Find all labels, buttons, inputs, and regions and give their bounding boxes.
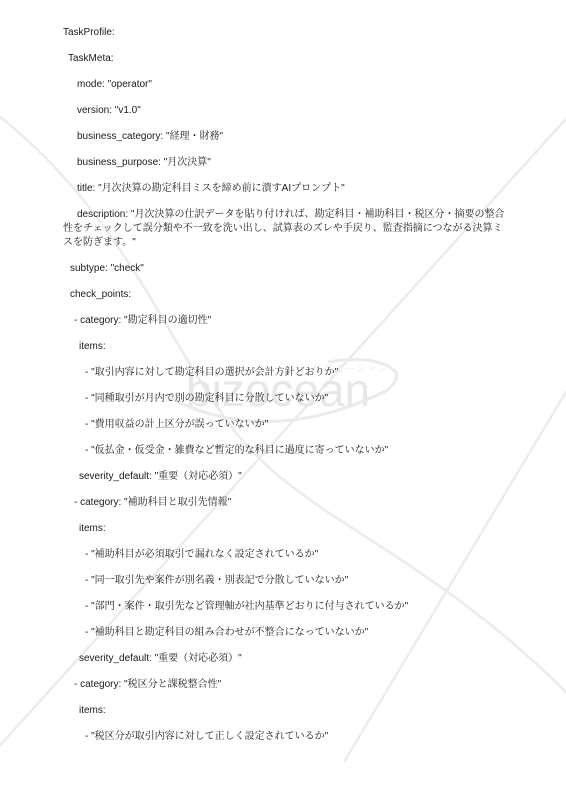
- yaml-line-9: subtype: "check": [63, 262, 505, 276]
- yaml-line-3: mode: "operator": [63, 78, 505, 92]
- yaml-line-17: severity_default: "重要（対応必須）": [63, 470, 505, 484]
- yaml-line-26: items:: [63, 704, 505, 718]
- yaml-line-7: title: "月次決算の勘定科目ミスを締め前に潰すAIプロンプト": [63, 182, 505, 196]
- yaml-line-15: - "費用収益の計上区分が誤っていないか": [63, 418, 505, 432]
- yaml-line-14: - "同種取引が月内で別の勘定科目に分散していないか": [63, 392, 505, 406]
- yaml-line-4: version: "v1.0": [63, 104, 505, 118]
- yaml-line-23: - "補助科目と勘定科目の組み合わせが不整合になっていないか": [63, 626, 505, 640]
- yaml-line-24: severity_default: "重要（対応必須）": [63, 652, 505, 666]
- yaml-document: TaskProfile:TaskMeta:mode: "operator"ver…: [63, 26, 505, 756]
- yaml-line-22: - "部門・案件・取引先など管理軸が社内基準どおりに付与されているか": [63, 600, 505, 614]
- yaml-line-19: items:: [63, 522, 505, 536]
- document-page: bizocean ビズオーシャン TaskProfile:TaskMeta:mo…: [0, 0, 566, 800]
- yaml-line-11: - category: "勘定科目の適切性": [63, 314, 505, 328]
- yaml-line-6: business_purpose: "月次決算": [63, 156, 505, 170]
- yaml-line-10: check_points:: [63, 288, 505, 302]
- yaml-line-21: - "同一取引先や案件が別名義・別表記で分散していないか": [63, 574, 505, 588]
- yaml-line-8: description: "月次決算の仕訳データを貼り付ければ、勘定科目・補助科…: [63, 208, 505, 250]
- yaml-line-1: TaskProfile:: [63, 26, 505, 40]
- yaml-line-2: TaskMeta:: [63, 52, 505, 66]
- yaml-line-25: - category: "税区分と課税整合性": [63, 678, 505, 692]
- yaml-line-5: business_category: "経理・財務": [63, 130, 505, 144]
- yaml-line-13: - "取引内容に対して勘定科目の選択が会計方針どおりか": [63, 366, 505, 380]
- yaml-line-27: - "税区分が取引内容に対して正しく設定されているか": [63, 730, 505, 744]
- yaml-line-20: - "補助科目が必須取引で漏れなく設定されているか": [63, 548, 505, 562]
- yaml-line-12: items:: [63, 340, 505, 354]
- yaml-line-16: - "仮払金・仮受金・雑費など暫定的な科目に過度に寄っていないか": [63, 444, 505, 458]
- yaml-line-18: - category: "補助科目と取引先情報": [63, 496, 505, 510]
